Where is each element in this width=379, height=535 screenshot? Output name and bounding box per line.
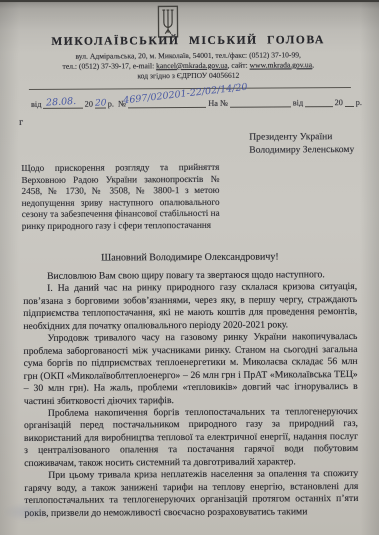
number-blank: 4697/020201-22/02/14/20 — [128, 97, 206, 108]
na-number-label: На № — [208, 99, 228, 108]
paragraph: Упродовж тривалого часу на газовому ринк… — [23, 331, 357, 408]
address-line-3: код згідно з ЄДРПОУ 04056612 — [0, 69, 378, 81]
subject-block: Щодо прискорення розгляду та прийняття В… — [21, 162, 219, 232]
email-text: kancel@mkrada.gov.ua — [156, 61, 228, 70]
year-prefix-label: 20 — [85, 100, 93, 109]
reference-row: від 28.08. 20 20 р. № 4697/020201-22/02/… — [29, 91, 364, 109]
address-line-2-suffix: , — [312, 60, 314, 69]
year-blank: 20 — [95, 98, 106, 109]
r2-label: р. — [356, 98, 362, 107]
year2-prefix-label: 20 — [335, 98, 343, 107]
salutation: Шановний Володимире Олександровичу! — [23, 251, 357, 264]
paragraph: При цьому тривала криза неплатежів насел… — [24, 468, 358, 520]
letter-content: МИКОЛАЇВСЬКИЙ МІСЬКИЙ ГОЛОВА вул. Адміра… — [0, 0, 379, 535]
vid-label: від — [31, 100, 42, 109]
letterhead-address: вул. Адміральська, 20, м. Миколаїв, 5400… — [0, 50, 378, 82]
date-blank: 28.08. — [43, 98, 82, 109]
handwritten-date: 28.08. — [46, 96, 77, 109]
ukraine-trident-icon — [155, 5, 180, 38]
r-label: р. — [108, 99, 114, 108]
na-number-blank — [230, 96, 291, 107]
corner-mark: г — [19, 117, 23, 128]
letterhead-title: МИКОЛАЇВСЬКИЙ МІСЬКИЙ ГОЛОВА — [0, 34, 378, 48]
addressee-block: Президенту України Володимиру Зеленськом… — [249, 130, 354, 157]
scanned-letter-page: МИКОЛАЇВСЬКИЙ МІСЬКИЙ ГОЛОВА вул. Адміра… — [0, 0, 379, 535]
address-line-2-prefix: тел.: (0512) 37-39-17, e-mail: — [63, 61, 157, 71]
address-line-2-mid: , сайт: — [228, 60, 250, 69]
addressee-line-2: Володимиру Зеленському — [249, 143, 354, 157]
vid2-date-blank — [305, 96, 333, 107]
addressee-line-1: Президенту України — [249, 130, 354, 144]
handwritten-year: 20 — [95, 99, 107, 109]
vid2-label: від — [293, 98, 304, 107]
paragraph: І. На даний час на ринку природного газу… — [23, 281, 357, 333]
website-text: www.mkrada.gov.ua — [250, 60, 313, 69]
year2-blank — [345, 96, 354, 107]
letter-body: Висловлюю Вам свою щиру повагу та зверта… — [23, 269, 359, 520]
paragraph: Проблема накопичення боргів теплопостача… — [24, 406, 358, 470]
stamp-smudge — [2, 502, 54, 522]
